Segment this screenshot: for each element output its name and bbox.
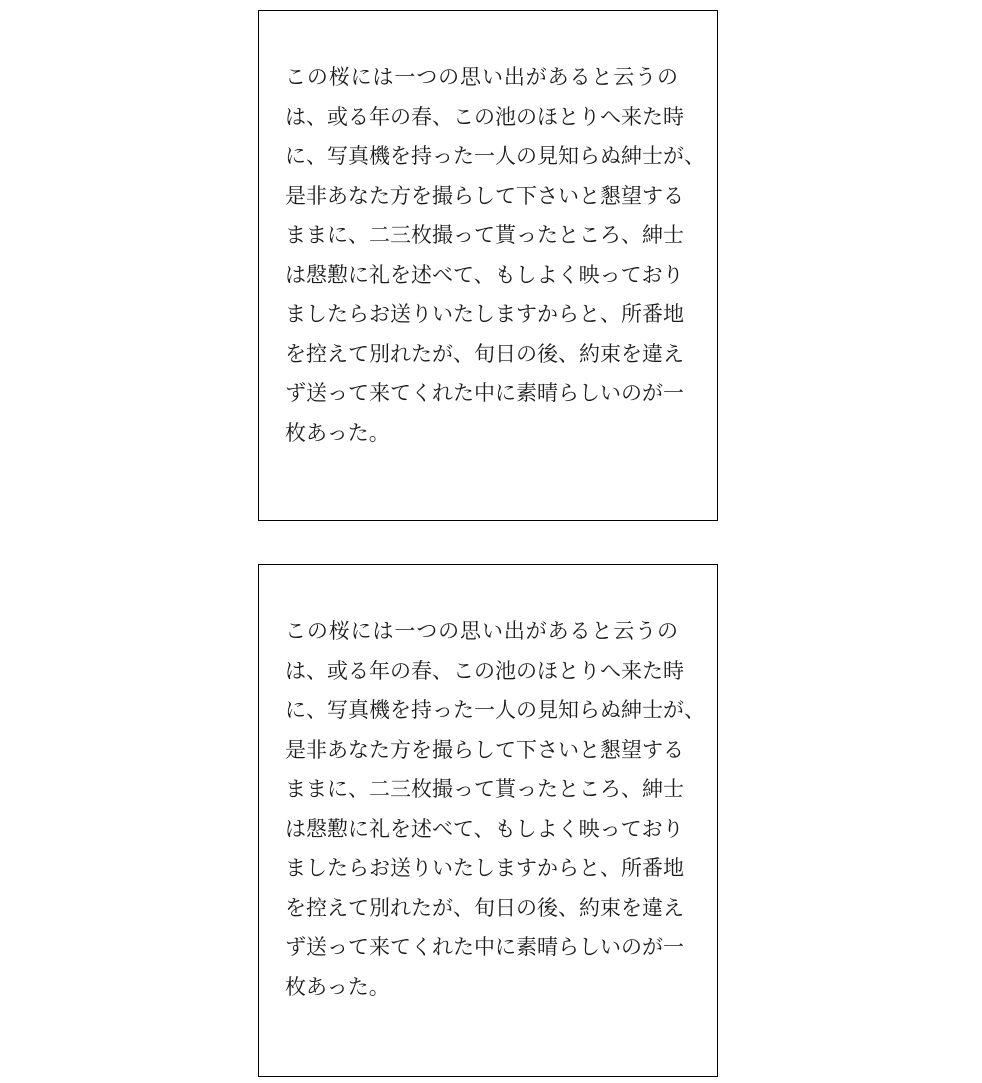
text-line: 是非あなた方を撮らして下さいと懇望する bbox=[285, 731, 678, 771]
paragraph-1: この桜には一つの思い出があると云うの は、或る年の春、この池のほとりへ来た時 に… bbox=[259, 11, 717, 453]
text-line: に、写真機を持った一人の見知らぬ紳士が、 bbox=[285, 691, 678, 731]
text-line: は、或る年の春、この池のほとりへ来た時 bbox=[285, 652, 678, 692]
text-line: は慇懃に礼を述べて、もしよく映っており bbox=[285, 256, 678, 296]
text-line: ままに、二三枚撮って貰ったところ、紳士 bbox=[285, 216, 678, 256]
text-line: ままに、二三枚撮って貰ったところ、紳士 bbox=[285, 770, 678, 810]
text-line: ましたらお送りいたしますからと、所番地 bbox=[285, 849, 678, 889]
paragraph-2: この桜には一つの思い出があると云うの は、或る年の春、この池のほとりへ来た時 に… bbox=[259, 565, 717, 1007]
text-line: 枚あった。 bbox=[285, 414, 678, 454]
text-line: この桜には一つの思い出があると云うの bbox=[285, 58, 678, 98]
text-line: を控えて別れたが、旬日の後、約束を違え bbox=[285, 889, 678, 929]
text-line: ず送って来てくれた中に素晴らしいのが一 bbox=[285, 374, 678, 414]
text-line: 是非あなた方を撮らして下さいと懇望する bbox=[285, 177, 678, 217]
text-line: は慇懃に礼を述べて、もしよく映っており bbox=[285, 810, 678, 850]
text-line: に、写真機を持った一人の見知らぬ紳士が、 bbox=[285, 137, 678, 177]
text-panel-2: この桜には一つの思い出があると云うの は、或る年の春、この池のほとりへ来た時 に… bbox=[258, 564, 718, 1077]
text-line: 枚あった。 bbox=[285, 968, 678, 1008]
text-line: この桜には一つの思い出があると云うの bbox=[285, 612, 678, 652]
text-panel-1: この桜には一つの思い出があると云うの は、或る年の春、この池のほとりへ来た時 に… bbox=[258, 10, 718, 521]
text-line: を控えて別れたが、旬日の後、約束を違え bbox=[285, 335, 678, 375]
text-line: ましたらお送りいたしますからと、所番地 bbox=[285, 295, 678, 335]
text-line: ず送って来てくれた中に素晴らしいのが一 bbox=[285, 928, 678, 968]
text-line: は、或る年の春、この池のほとりへ来た時 bbox=[285, 98, 678, 138]
